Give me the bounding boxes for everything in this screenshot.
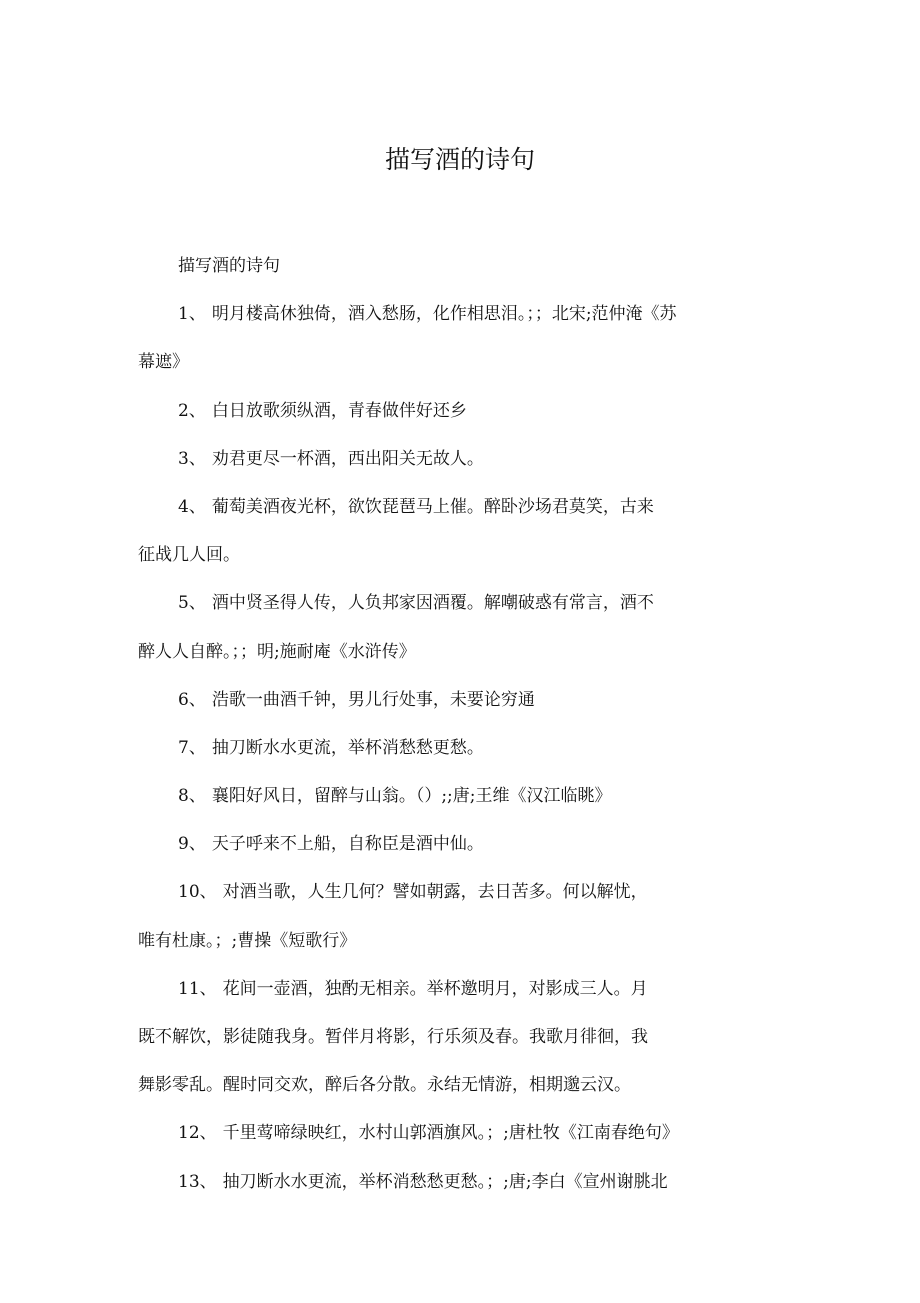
poem-line: 1、明月楼高休独倚，酒入愁肠，化作相思泪。；；北宋;范仲淹《苏: [138, 290, 788, 338]
item-number: 1、: [178, 290, 206, 338]
line-text: 天子呼来不上船，自称臣是酒中仙。: [212, 834, 484, 854]
line-text: 襄阳好风日，留醉与山翁。（）;;唐;王维《汉江临眺》: [212, 786, 612, 806]
poem-line: 4、葡萄美酒夜光杯，欲饮琵琶马上催。醉卧沙场君莫笑，古来: [138, 483, 788, 531]
line-text: 舞影零乱。醒时同交欢，醉后各分散。永结无情游，相期邈云汉。: [138, 1075, 631, 1095]
subtitle-line: 描写酒的诗句: [138, 242, 788, 290]
poem-line: 舞影零乱。醒时同交欢，醉后各分散。永结无情游，相期邈云汉。: [138, 1061, 788, 1109]
item-number: 2、: [178, 387, 206, 435]
line-text: 抽刀断水水更流，举杯消愁愁更愁。: [212, 738, 484, 758]
poem-line: 8、襄阳好风日，留醉与山翁。（）;;唐;王维《汉江临眺》: [138, 772, 788, 820]
poem-line: 13、抽刀断水水更流，举杯消愁愁更愁。；;唐;李白《宣州谢朓北: [138, 1158, 788, 1206]
item-number: 13、: [178, 1158, 217, 1206]
item-number: 12、: [178, 1109, 217, 1157]
line-text: 对酒当歌，人生几何？譬如朝露，去日苦多。何以解忧，: [223, 882, 648, 902]
line-text: 抽刀断水水更流，举杯消愁愁更愁。；;唐;李白《宣州谢朓北: [223, 1172, 668, 1192]
document-page: 描写酒的诗句 描写酒的诗句 1、明月楼高休独倚，酒入愁肠，化作相思泪。；；北宋;…: [0, 0, 920, 1303]
line-text: 征战几人回。: [138, 545, 240, 565]
document-subtitle: 描写酒的诗句: [178, 256, 280, 276]
poem-line: 醉人人自醉。；；明;施耐庵《水浒传》: [138, 628, 788, 676]
line-text: 既不解饮，影徒随我身。暂伴月将影，行乐须及春。我歌月徘徊，我: [138, 1027, 648, 1047]
item-number: 6、: [178, 676, 206, 724]
item-number: 7、: [178, 724, 206, 772]
item-number: 9、: [178, 820, 206, 868]
poem-line: 10、对酒当歌，人生几何？譬如朝露，去日苦多。何以解忧，: [138, 868, 788, 916]
poem-line: 11、花间一壶酒，独酌无相亲。举杯邀明月，对影成三人。月: [138, 965, 788, 1013]
poem-line: 3、劝君更尽一杯酒，西出阳关无故人。: [138, 435, 788, 483]
document-body: 描写酒的诗句 1、明月楼高休独倚，酒入愁肠，化作相思泪。；；北宋;范仲淹《苏 幕…: [138, 242, 788, 1206]
poem-line: 2、白日放歌须纵酒，青春做伴好还乡: [138, 387, 788, 435]
line-text: 花间一壶酒，独酌无相亲。举杯邀明月，对影成三人。月: [223, 979, 648, 999]
poem-line: 6、浩歌一曲酒千钟，男儿行处事，未要论穷通: [138, 676, 788, 724]
item-number: 5、: [178, 579, 206, 627]
item-number: 3、: [178, 435, 206, 483]
line-text: 酒中贤圣得人传，人负邦家因酒覆。解嘲破惑有常言，酒不: [212, 593, 654, 613]
document-title: 描写酒的诗句: [0, 140, 920, 180]
line-text: 浩歌一曲酒千钟，男儿行处事，未要论穷通: [212, 690, 535, 710]
poem-line: 既不解饮，影徒随我身。暂伴月将影，行乐须及春。我歌月徘徊，我: [138, 1013, 788, 1061]
line-text: 醉人人自醉。；；明;施耐庵《水浒传》: [138, 642, 416, 662]
line-text: 劝君更尽一杯酒，西出阳关无故人。: [212, 449, 484, 469]
line-text: 唯有杜康。；;曹操《短歌行》: [138, 931, 356, 951]
line-text: 白日放歌须纵酒，青春做伴好还乡: [212, 401, 467, 421]
poem-line: 5、酒中贤圣得人传，人负邦家因酒覆。解嘲破惑有常言，酒不: [138, 579, 788, 627]
item-number: 11、: [178, 965, 217, 1013]
item-number: 4、: [178, 483, 206, 531]
line-text: 葡萄美酒夜光杯，欲饮琵琶马上催。醉卧沙场君莫笑，古来: [212, 497, 654, 517]
poem-line: 7、抽刀断水水更流，举杯消愁愁更愁。: [138, 724, 788, 772]
poem-line: 12、千里莺啼绿映红，水村山郭酒旗风。；;唐杜牧《江南春绝句》: [138, 1109, 788, 1157]
item-number: 10、: [178, 868, 217, 916]
poem-line: 唯有杜康。；;曹操《短歌行》: [138, 917, 788, 965]
poem-line: 征战几人回。: [138, 531, 788, 579]
poem-line: 9、天子呼来不上船，自称臣是酒中仙。: [138, 820, 788, 868]
line-text: 明月楼高休独倚，酒入愁肠，化作相思泪。；；北宋;范仲淹《苏: [212, 304, 677, 324]
line-text: 幕遮》: [138, 352, 189, 372]
poem-line: 幕遮》: [138, 338, 788, 386]
line-text: 千里莺啼绿映红，水村山郭酒旗风。；;唐杜牧《江南春绝句》: [223, 1123, 679, 1143]
item-number: 8、: [178, 772, 206, 820]
